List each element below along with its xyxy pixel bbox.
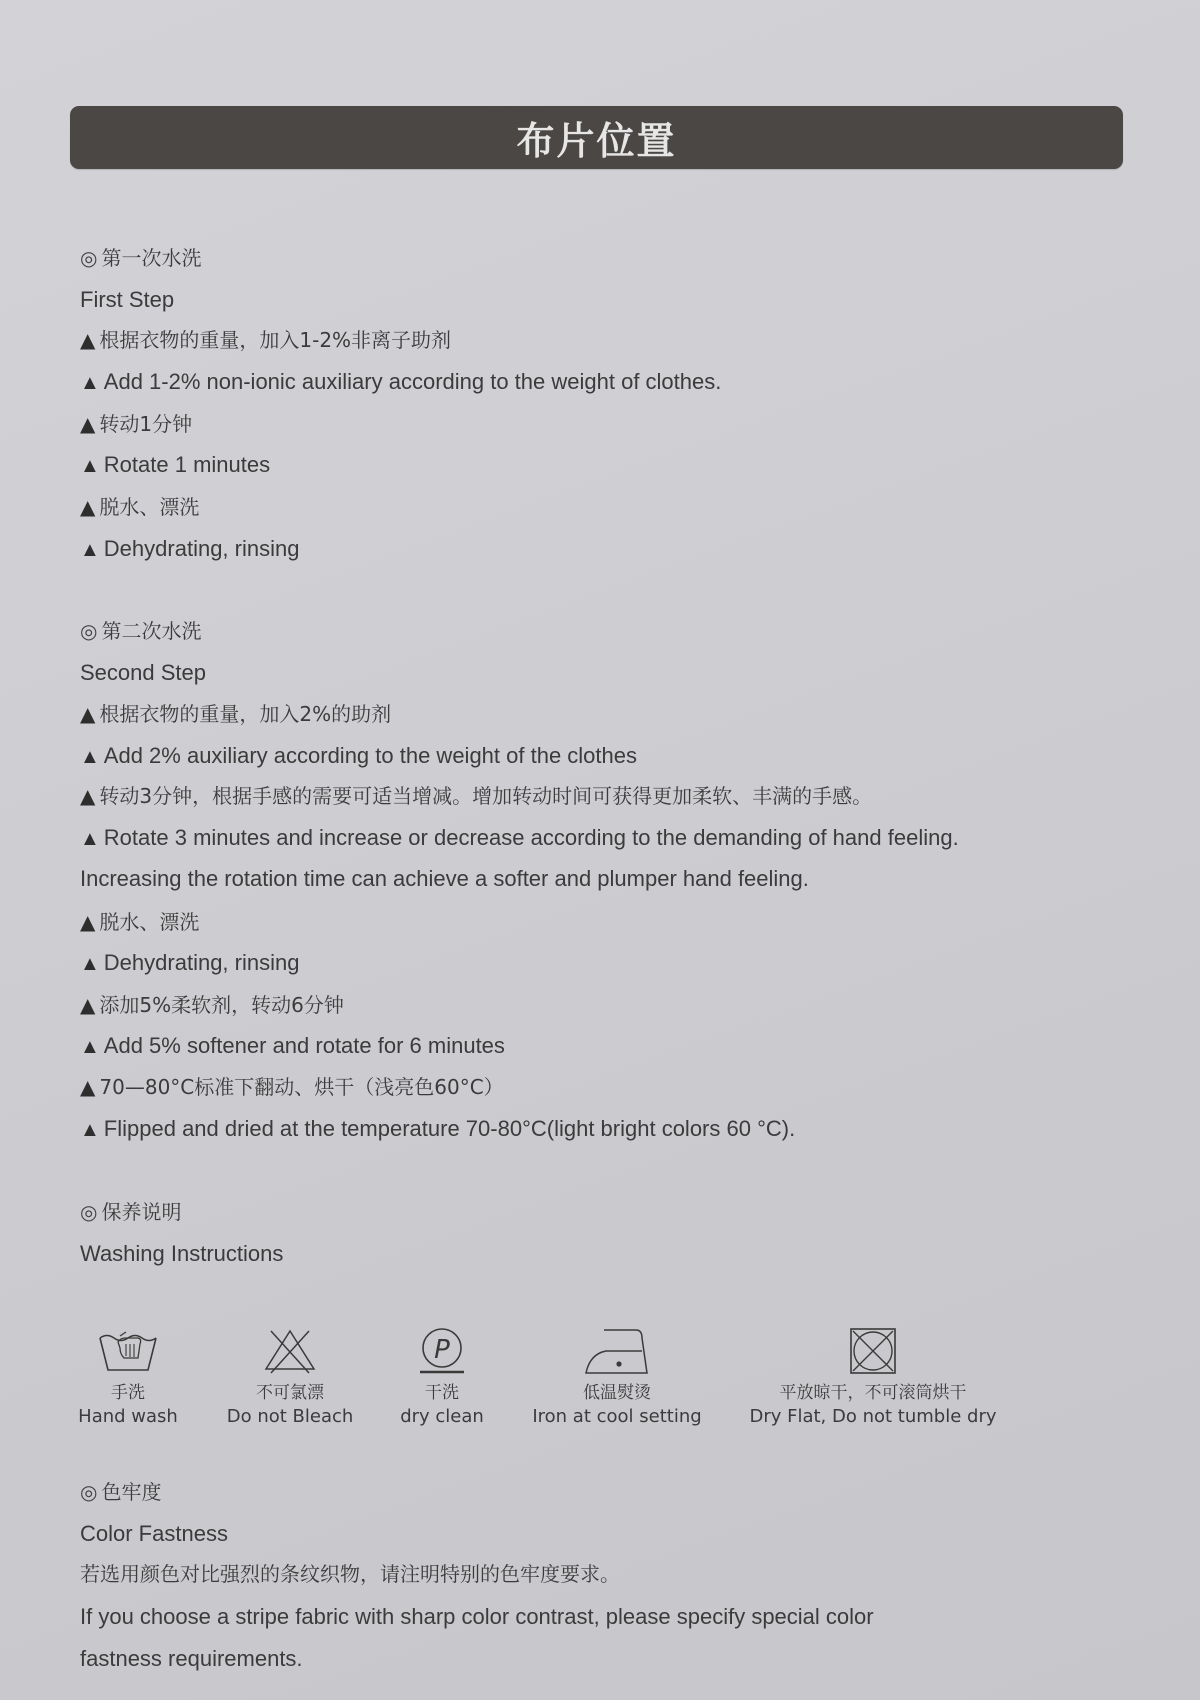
care-label-en: Dry Flat, Do not tumble dry: [749, 1404, 996, 1430]
double-circle-icon: ◎: [80, 1198, 97, 1226]
triangle-bullet-icon: ▲: [80, 326, 95, 354]
section-heading-washing-instructions: Washing Instructions: [80, 1240, 283, 1268]
list-item: ▲脱水、漂洗: [80, 493, 199, 521]
triangle-bullet-icon: ▲: [80, 452, 100, 480]
list-item: ▲Rotate 3 minutes and increase or decrea…: [80, 824, 959, 853]
list-item: ▲Add 5% softener and rotate for 6 minute…: [80, 1032, 505, 1061]
hand-wash-icon: [98, 1328, 158, 1374]
care-label-cn: 不可氯漂: [256, 1382, 324, 1404]
section-heading-first-wash: ◎第一次水洗: [80, 244, 201, 272]
triangle-bullet-icon: ▲: [80, 1033, 100, 1061]
list-item: ▲Add 2% auxiliary according to the weigh…: [80, 742, 637, 771]
iron-low-icon: [584, 1328, 650, 1374]
care-label-cn: 手洗: [111, 1382, 145, 1404]
page-title: 布片位置: [516, 110, 676, 165]
care-label-cn: 平放晾干，不可滚筒烘干: [780, 1382, 967, 1404]
list-item: ▲根据衣物的重量，加入1-2%非离子助剂: [80, 326, 451, 354]
section-heading-second-step: Second Step: [80, 659, 206, 687]
double-circle-icon: ◎: [80, 1478, 97, 1506]
list-item: ▲70—80°C标准下翻动、烘干（浅亮色60°C）: [80, 1073, 504, 1101]
care-symbol-hand-wash: 手洗 Hand wash: [76, 1328, 180, 1430]
svg-text:P: P: [434, 1335, 450, 1365]
color-fastness-text-en: If you choose a stripe fabric with sharp…: [80, 1603, 874, 1631]
triangle-bullet-icon: ▲: [80, 493, 95, 521]
list-item: ▲Dehydrating, rinsing: [80, 949, 299, 978]
section-heading-second-wash: ◎第二次水洗: [80, 617, 201, 645]
care-symbol-do-not-bleach: 不可氯漂 Do not Bleach: [222, 1328, 358, 1430]
care-label-cn: 干洗: [425, 1382, 459, 1404]
do-not-bleach-icon: [262, 1328, 318, 1374]
list-item-continuation: Increasing the rotation time can achieve…: [80, 865, 809, 893]
triangle-bullet-icon: ▲: [80, 369, 100, 397]
care-label-en: Iron at cool setting: [532, 1404, 701, 1430]
double-circle-icon: ◎: [80, 244, 97, 272]
triangle-bullet-icon: ▲: [80, 1073, 95, 1101]
title-banner: 布片位置: [70, 106, 1123, 169]
list-item: ▲转动3分钟，根据手感的需要可适当增减。增加转动时间可获得更加柔软、丰满的手感。: [80, 782, 872, 810]
do-not-tumble-dry-icon: [850, 1328, 896, 1374]
care-label-en: Hand wash: [78, 1404, 178, 1430]
list-item: ▲Rotate 1 minutes: [80, 451, 270, 480]
list-item: ▲Add 1-2% non-ionic auxiliary according …: [80, 368, 721, 397]
dry-clean-icon: P: [416, 1328, 468, 1374]
triangle-bullet-icon: ▲: [80, 743, 100, 771]
triangle-bullet-icon: ▲: [80, 1116, 100, 1144]
list-item: ▲Flipped and dried at the temperature 70…: [80, 1115, 795, 1144]
care-symbol-iron-low: 低温熨烫 Iron at cool setting: [526, 1328, 708, 1430]
triangle-bullet-icon: ▲: [80, 700, 95, 728]
list-item: ▲添加5%柔软剂，转动6分钟: [80, 991, 344, 1019]
heading-cn: 第二次水洗: [101, 619, 201, 643]
care-label-en: Do not Bleach: [227, 1404, 354, 1430]
list-item: ▲转动1分钟: [80, 410, 192, 438]
color-fastness-text-cn: 若选用颜色对比强烈的条纹织物，请注明特别的色牢度要求。: [80, 1560, 620, 1588]
section-heading-care: ◎保养说明: [80, 1198, 181, 1226]
heading-cn: 保养说明: [101, 1200, 181, 1224]
triangle-bullet-icon: ▲: [80, 991, 95, 1019]
triangle-bullet-icon: ▲: [80, 782, 95, 810]
triangle-bullet-icon: ▲: [80, 825, 100, 853]
triangle-bullet-icon: ▲: [80, 950, 100, 978]
care-symbol-dry-clean: P 干洗 dry clean: [394, 1328, 490, 1430]
color-fastness-text-en-cont: fastness requirements.: [80, 1645, 303, 1673]
care-symbol-do-not-tumble-dry: 平放晾干，不可滚筒烘干 Dry Flat, Do not tumble dry: [746, 1328, 1000, 1430]
triangle-bullet-icon: ▲: [80, 536, 100, 564]
double-circle-icon: ◎: [80, 617, 97, 645]
list-item: ▲根据衣物的重量，加入2%的助剂: [80, 700, 391, 728]
section-heading-color-fastness: ◎色牢度: [80, 1478, 161, 1506]
triangle-bullet-icon: ▲: [80, 908, 95, 936]
section-heading-first-step: First Step: [80, 286, 174, 314]
care-label-cn: 低温熨烫: [583, 1382, 651, 1404]
list-item: ▲Dehydrating, rinsing: [80, 535, 299, 564]
heading-cn: 第一次水洗: [101, 246, 201, 270]
section-heading-color-fastness-en: Color Fastness: [80, 1520, 228, 1548]
heading-cn: 色牢度: [101, 1480, 161, 1504]
list-item: ▲脱水、漂洗: [80, 908, 199, 936]
triangle-bullet-icon: ▲: [80, 410, 95, 438]
care-label-en: dry clean: [400, 1404, 484, 1430]
